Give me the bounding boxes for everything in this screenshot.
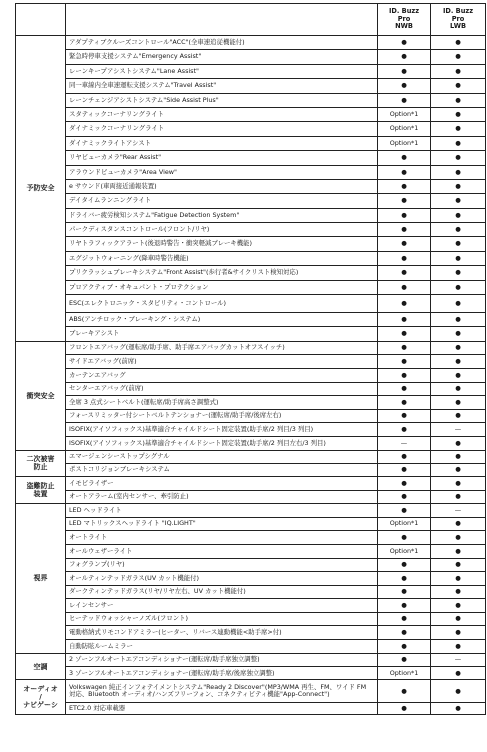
availability-lwb: ●: [431, 626, 486, 640]
table-row: 盗難防止装置イモビライザー●●: [16, 477, 486, 490]
header-nwb: ID. Buzz Pro NWB: [378, 4, 431, 36]
table-row: 二次被害防止エマージェンシーストップシグナル●●: [16, 450, 486, 463]
availability-nwb: ●: [378, 237, 431, 251]
feature-name: アダプティブクルーズコントロール"ACC"(全車速追従機能付): [66, 36, 378, 50]
table-row: サイドエアバッグ(前席)●●: [16, 355, 486, 369]
availability-lwb: ●: [431, 355, 486, 369]
availability-nwb: ●: [378, 223, 431, 237]
table-row: カーテンエアバッグ●●: [16, 369, 486, 383]
availability-nwb: ●: [378, 36, 431, 50]
availability-nwb: Option*1: [378, 544, 431, 558]
availability-nwb: ●: [378, 396, 431, 410]
equipment-spec-table: ID. Buzz Pro NWB ID. Buzz Pro LWB 予防安全アダ…: [15, 3, 486, 715]
category-label-line: オーディオ: [19, 685, 62, 693]
category-label-line: 装置: [19, 490, 62, 498]
feature-name: サイドエアバッグ(前席): [66, 355, 378, 369]
feature-name: カーテンエアバッグ: [66, 369, 378, 383]
availability-lwb: ●: [431, 640, 486, 654]
feature-name: フォグランプ(リヤ): [66, 558, 378, 572]
feature-name: ヒーテッドウォッシャーノズル(フロント): [66, 612, 378, 626]
availability-lwb: ●: [431, 396, 486, 410]
feature-name: 同一車線内全車速運転支援システム"Travel Assist": [66, 79, 378, 93]
feature-name: 電動格納式リモコンドアミラー(ヒーター、リバース連動機能<助手席>付): [66, 626, 378, 640]
feature-name: e サウンド(車両接近通報装置): [66, 179, 378, 193]
availability-lwb: ●: [431, 64, 486, 78]
category-label-line: 防止: [19, 463, 62, 471]
category-cell: オーディオ/ナビゲーシ: [16, 680, 66, 715]
feature-name: デイタイムランニングライト: [66, 194, 378, 208]
category-cell: 空調: [16, 653, 66, 680]
table-row: オートアラーム(室内センサー、牽引防止)●●: [16, 490, 486, 503]
feature-name: エグジットウォーニング(降車時警告機能): [66, 251, 378, 265]
feature-name: ETC2.0 対応車載器: [66, 703, 378, 715]
table-row: レインセンサー●●: [16, 599, 486, 613]
feature-name: リヤトラフィックアラート(後退時警告・衝突軽減ブレーキ機能): [66, 237, 378, 251]
availability-nwb: ●: [378, 572, 431, 586]
header-lwb: ID. Buzz Pro LWB: [431, 4, 486, 36]
feature-name: ドライバー疲労検知システム"Fatigue Detection System": [66, 208, 378, 222]
availability-lwb: ●: [431, 490, 486, 503]
table-row: ABS(アンチロック・ブレーキング・システム)●●: [16, 313, 486, 327]
availability-lwb: ●: [431, 612, 486, 626]
availability-nwb: ●: [378, 680, 431, 703]
feature-name: 全席 3 点式シートベルト(運転席/助手席高さ調整式): [66, 396, 378, 410]
feature-name: ABS(アンチロック・ブレーキング・システム): [66, 313, 378, 327]
table-row: パークディスタンスコントロール(フロント/リヤ)●●: [16, 223, 486, 237]
availability-nwb: ●: [378, 653, 431, 666]
availability-nwb: ●: [378, 558, 431, 572]
availability-lwb: ●: [431, 382, 486, 396]
availability-nwb: ●: [378, 266, 431, 280]
availability-lwb: ●: [431, 237, 486, 251]
table-row: 予防安全アダプティブクルーズコントロール"ACC"(全車速追従機能付)●●: [16, 36, 486, 50]
table-row: オールウェザーライトOption*1●: [16, 544, 486, 558]
availability-lwb: ●: [431, 517, 486, 531]
header-category: [16, 4, 66, 36]
availability-lwb: ●: [431, 223, 486, 237]
availability-lwb: ●: [431, 36, 486, 50]
availability-nwb: ●: [378, 703, 431, 715]
feature-name: 自動防眩ルームミラー: [66, 640, 378, 654]
table-row: センターエアバッグ(前席)●●: [16, 382, 486, 396]
table-row: フォースリミッター付シートベルトテンショナー(運転席/助手席/後席左右)●●: [16, 409, 486, 423]
availability-nwb: ●: [378, 165, 431, 179]
availability-lwb: ●: [431, 251, 486, 265]
availability-nwb: —: [378, 436, 431, 450]
table-row: 空調2 ゾーンフルオートエアコンディショナー(運転席/助手席独立調整)●—: [16, 653, 486, 666]
feature-name: アラウンドビューカメラ"Area View": [66, 165, 378, 179]
availability-lwb: ●: [431, 680, 486, 703]
feature-name: エマージェンシーストップシグナル: [66, 450, 378, 463]
feature-name: ISOFIX(アイソフィックス)基準適合チャイルドシート固定装置(助手席/2 列…: [66, 423, 378, 437]
availability-lwb: ●: [431, 179, 486, 193]
availability-nwb: ●: [378, 612, 431, 626]
availability-nwb: ●: [378, 341, 431, 355]
availability-nwb: ●: [378, 450, 431, 463]
availability-nwb: ●: [378, 64, 431, 78]
availability-lwb: ●: [431, 93, 486, 107]
table-row: ESC(エレクトロニック・スタビリティ・コントロール)●●: [16, 295, 486, 313]
spec-table-body: 予防安全アダプティブクルーズコントロール"ACC"(全車速追従機能付)●●緊急時…: [16, 36, 486, 715]
availability-lwb: ●: [431, 531, 486, 545]
feature-name: ブレーキアシスト: [66, 327, 378, 341]
table-row: 電動格納式リモコンドアミラー(ヒーター、リバース連動機能<助手席>付)●●: [16, 626, 486, 640]
availability-lwb: ●: [431, 477, 486, 490]
table-row: オートライト●●: [16, 531, 486, 545]
feature-name: プリクラッシュブレーキシステム"Front Assist"(歩行者&サイクリスト…: [66, 266, 378, 280]
feature-name: スタティックコーナリングライト: [66, 107, 378, 121]
table-row: LED マトリックスヘッドライト "IQ.LIGHT"Option*1●: [16, 517, 486, 531]
availability-nwb: ●: [378, 295, 431, 313]
availability-lwb: ●: [431, 107, 486, 121]
availability-nwb: ●: [378, 194, 431, 208]
availability-lwb: ●: [431, 280, 486, 294]
feature-name: イモビライザー: [66, 477, 378, 490]
availability-lwb: ●: [431, 313, 486, 327]
availability-nwb: Option*1: [378, 667, 431, 680]
availability-lwb: ●: [431, 208, 486, 222]
category-cell: 視界: [16, 504, 66, 654]
category-cell: 盗難防止装置: [16, 477, 66, 504]
availability-nwb: Option*1: [378, 517, 431, 531]
feature-name: センターエアバッグ(前席): [66, 382, 378, 396]
table-row: 視界LED ヘッドライト●—: [16, 504, 486, 518]
category-label-line: ナビゲーシ: [19, 701, 62, 709]
table-row: エグジットウォーニング(降車時警告機能)●●: [16, 251, 486, 265]
availability-lwb: ●: [431, 266, 486, 280]
table-row: レーンチェンジアシストシステム"Side Assist Plus"●●: [16, 93, 486, 107]
table-row: ISOFIX(アイソフィックス)基準適合チャイルドシート固定装置(助手席/2 列…: [16, 436, 486, 450]
feature-name: レーンチェンジアシストシステム"Side Assist Plus": [66, 93, 378, 107]
availability-nwb: ●: [378, 463, 431, 476]
availability-lwb: ●: [431, 585, 486, 599]
availability-nwb: ●: [378, 477, 431, 490]
availability-lwb: ●: [431, 409, 486, 423]
feature-name: リヤビューカメラ"Rear Assist": [66, 151, 378, 165]
feature-name: ダイナミックライトアシスト: [66, 136, 378, 150]
table-row: 緊急時停車支援システム"Emergency Assist"●●: [16, 50, 486, 64]
availability-lwb: ●: [431, 341, 486, 355]
availability-nwb: ●: [378, 355, 431, 369]
availability-lwb: ●: [431, 667, 486, 680]
feature-name: パークディスタンスコントロール(フロント/リヤ): [66, 223, 378, 237]
feature-name: ダークティンテッドガラス(リヤ/リヤ左右、UV カット機能付): [66, 585, 378, 599]
availability-lwb: ●: [431, 165, 486, 179]
table-row: デイタイムランニングライト●●: [16, 194, 486, 208]
table-row: プリクラッシュブレーキシステム"Front Assist"(歩行者&サイクリスト…: [16, 266, 486, 280]
feature-name: 緊急時停車支援システム"Emergency Assist": [66, 50, 378, 64]
availability-nwb: ●: [378, 409, 431, 423]
availability-lwb: ●: [431, 50, 486, 64]
table-row: ETC2.0 対応車載器●●: [16, 703, 486, 715]
table-row: リヤトラフィックアラート(後退時警告・衝突軽減ブレーキ機能)●●: [16, 237, 486, 251]
header-nwb-line3: NWB: [381, 23, 427, 31]
feature-name: オールティンテッドガラス(UV カット機能付): [66, 572, 378, 586]
table-row: 自動防眩ルームミラー●●: [16, 640, 486, 654]
availability-nwb: ●: [378, 382, 431, 396]
availability-nwb: ●: [378, 179, 431, 193]
category-cell: 二次被害防止: [16, 450, 66, 477]
availability-nwb: ●: [378, 423, 431, 437]
table-row: ダイナミックコーナリングライトOption*1●: [16, 122, 486, 136]
table-row: プロアクティブ・オキュパント・プロテクション●●: [16, 280, 486, 294]
header-row: ID. Buzz Pro NWB ID. Buzz Pro LWB: [16, 4, 486, 36]
table-row: 全席 3 点式シートベルト(運転席/助手席高さ調整式)●●: [16, 396, 486, 410]
availability-nwb: ●: [378, 585, 431, 599]
feature-name: Volkswagen 純正インフォテイメントシステム"Ready 2 Disco…: [66, 680, 378, 703]
availability-nwb: Option*1: [378, 122, 431, 136]
feature-name: フロントエアバッグ(運転席/助手席、助手席エアバッグカットオフスイッチ): [66, 341, 378, 355]
availability-lwb: ●: [431, 194, 486, 208]
feature-name: ダイナミックコーナリングライト: [66, 122, 378, 136]
header-lwb-line3: LWB: [434, 23, 482, 31]
category-cell: 衝突安全: [16, 341, 66, 450]
availability-nwb: ●: [378, 208, 431, 222]
feature-name: LED マトリックスヘッドライト "IQ.LIGHT": [66, 517, 378, 531]
table-row: e サウンド(車両接近通報装置)●●: [16, 179, 486, 193]
table-row: ブレーキアシスト●●: [16, 327, 486, 341]
feature-name: LED ヘッドライト: [66, 504, 378, 518]
feature-name: ESC(エレクトロニック・スタビリティ・コントロール): [66, 295, 378, 313]
feature-name: レーンキープアシストシステム"Lane Assist": [66, 64, 378, 78]
table-row: ISOFIX(アイソフィックス)基準適合チャイルドシート固定装置(助手席/2 列…: [16, 423, 486, 437]
table-row: オーディオ/ナビゲーシVolkswagen 純正インフォテイメントシステム"Re…: [16, 680, 486, 703]
availability-lwb: ●: [431, 327, 486, 341]
table-row: 衝突安全フロントエアバッグ(運転席/助手席、助手席エアバッグカットオフスイッチ)…: [16, 341, 486, 355]
table-row: レーンキープアシストシステム"Lane Assist"●●: [16, 64, 486, 78]
availability-nwb: ●: [378, 79, 431, 93]
table-row: ヒーテッドウォッシャーノズル(フロント)●●: [16, 612, 486, 626]
table-row: ポストコリジョンブレーキシステム●●: [16, 463, 486, 476]
availability-nwb: ●: [378, 50, 431, 64]
availability-nwb: ●: [378, 280, 431, 294]
feature-name: オールウェザーライト: [66, 544, 378, 558]
availability-lwb: ●: [431, 136, 486, 150]
availability-lwb: ●: [431, 558, 486, 572]
availability-lwb: ●: [431, 151, 486, 165]
availability-nwb: Option*1: [378, 136, 431, 150]
availability-lwb: ●: [431, 450, 486, 463]
table-row: ドライバー疲労検知システム"Fatigue Detection System"●…: [16, 208, 486, 222]
availability-lwb: ●: [431, 436, 486, 450]
feature-name: 3 ゾーンフルオートエアコンディショナー(運転席/助手席/後席独立調整): [66, 667, 378, 680]
availability-nwb: ●: [378, 151, 431, 165]
table-row: スタティックコーナリングライトOption*1●: [16, 107, 486, 121]
availability-lwb: ●: [431, 544, 486, 558]
feature-name: ISOFIX(アイソフィックス)基準適合チャイルドシート固定装置(助手席/2 列…: [66, 436, 378, 450]
availability-lwb: ●: [431, 79, 486, 93]
feature-name: オートライト: [66, 531, 378, 545]
table-row: リヤビューカメラ"Rear Assist"●●: [16, 151, 486, 165]
availability-lwb: —: [431, 653, 486, 666]
availability-lwb: ●: [431, 703, 486, 715]
feature-name: フォースリミッター付シートベルトテンショナー(運転席/助手席/後席左右): [66, 409, 378, 423]
availability-lwb: —: [431, 504, 486, 518]
availability-nwb: ●: [378, 369, 431, 383]
availability-nwb: ●: [378, 313, 431, 327]
table-row: オールティンテッドガラス(UV カット機能付)●●: [16, 572, 486, 586]
availability-nwb: ●: [378, 251, 431, 265]
table-row: ダークティンテッドガラス(リヤ/リヤ左右、UV カット機能付)●●: [16, 585, 486, 599]
table-row: ダイナミックライトアシストOption*1●: [16, 136, 486, 150]
header-item: [66, 4, 378, 36]
category-cell: 予防安全: [16, 36, 66, 342]
availability-nwb: ●: [378, 626, 431, 640]
availability-nwb: ●: [378, 599, 431, 613]
availability-lwb: ●: [431, 572, 486, 586]
availability-nwb: ●: [378, 504, 431, 518]
feature-name: 2 ゾーンフルオートエアコンディショナー(運転席/助手席独立調整): [66, 653, 378, 666]
availability-nwb: ●: [378, 327, 431, 341]
feature-name: オートアラーム(室内センサー、牽引防止): [66, 490, 378, 503]
availability-nwb: ●: [378, 640, 431, 654]
availability-lwb: —: [431, 423, 486, 437]
availability-nwb: ●: [378, 531, 431, 545]
availability-lwb: ●: [431, 369, 486, 383]
availability-nwb: ●: [378, 490, 431, 503]
feature-name: ポストコリジョンブレーキシステム: [66, 463, 378, 476]
availability-lwb: ●: [431, 122, 486, 136]
availability-nwb: Option*1: [378, 107, 431, 121]
availability-lwb: ●: [431, 599, 486, 613]
feature-name: プロアクティブ・オキュパント・プロテクション: [66, 280, 378, 294]
availability-nwb: ●: [378, 93, 431, 107]
feature-name: レインセンサー: [66, 599, 378, 613]
table-row: アラウンドビューカメラ"Area View"●●: [16, 165, 486, 179]
table-row: 3 ゾーンフルオートエアコンディショナー(運転席/助手席/後席独立調整)Opti…: [16, 667, 486, 680]
availability-lwb: ●: [431, 295, 486, 313]
availability-lwb: ●: [431, 463, 486, 476]
table-row: フォグランプ(リヤ)●●: [16, 558, 486, 572]
table-row: 同一車線内全車速運転支援システム"Travel Assist"●●: [16, 79, 486, 93]
